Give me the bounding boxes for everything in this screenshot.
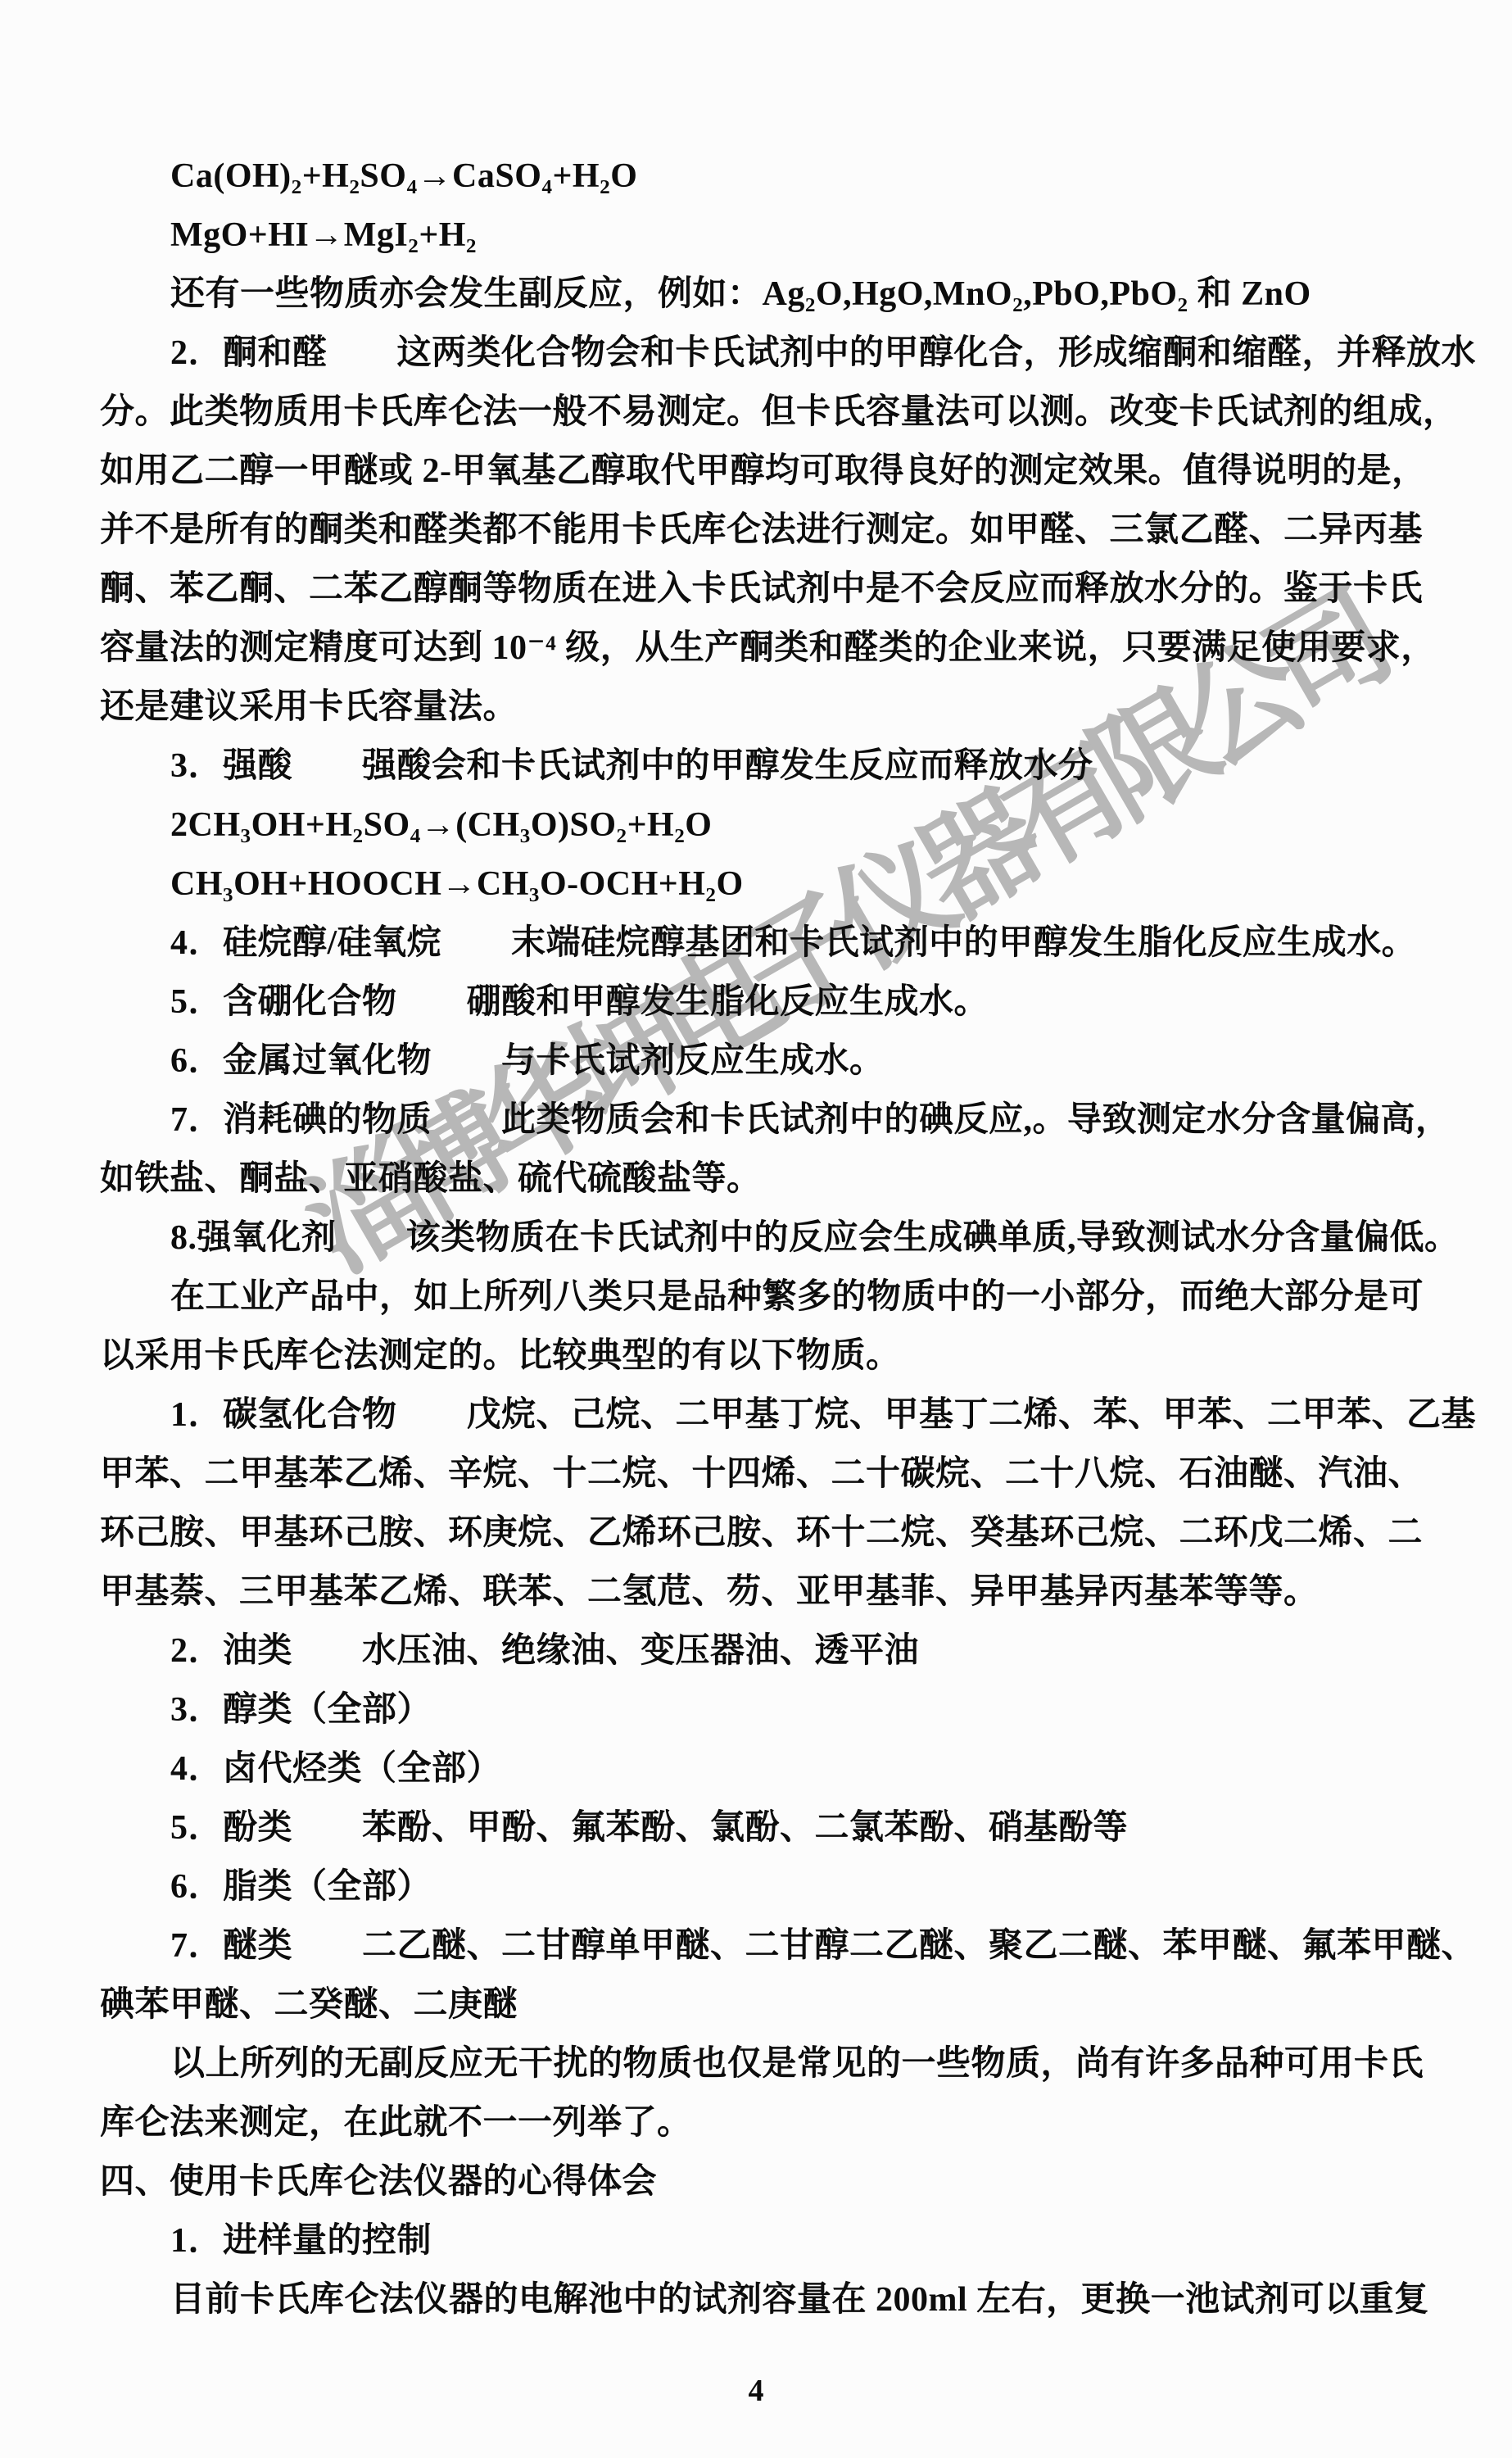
text-line: 甲基萘、三甲基苯乙烯、联苯、二氢苊、芴、亚甲基菲、异甲基异丙基苯等等。 (100, 1562, 1417, 1621)
list-item-line: 4．硅烷醇/硅氧烷 末端硅烷醇基团和卡氏试剂中的甲醇发生脂化反应生成水。 (100, 914, 1417, 973)
text-line: 分。此类物质用卡氏库仑法一般不易测定。但卡氏容量法可以测。改变卡氏试剂的组成， (100, 383, 1417, 442)
formula-line: CH₃OH+HOOCH→CH₃O-OCH+H₂O (100, 855, 1417, 914)
text-line: 如铁盐、酮盐、亚硝酸盐、硫代硫酸盐等。 (100, 1150, 1417, 1209)
text-line: 容量法的测定精度可达到 10⁻⁴ 级，从生产酮类和醛类的企业来说，只要满足使用要… (100, 619, 1417, 678)
text-line: 目前卡氏库仑法仪器的电解池中的试剂容量在 200ml 左右，更换一池试剂可以重复 (100, 2270, 1417, 2329)
text-line: 碘苯甲醚、二癸醚、二庚醚 (100, 1975, 1417, 2034)
list-item-line: 7．消耗碘的物质 此类物质会和卡氏试剂中的碘反应,。导致测定水分含量偏高， (100, 1091, 1417, 1150)
formula-line: 2CH₃OH+H₂SO₄→(CH₃O)SO₂+H₂O (100, 796, 1417, 855)
text-line: 如用乙二醇一甲醚或 2-甲氧基乙醇取代甲醇均可取得良好的测定效果。值得说明的是， (100, 442, 1417, 501)
list-item-line: 6．金属过氧化物 与卡氏试剂反应生成水。 (100, 1032, 1417, 1091)
text-line: 以上所列的无副反应无干扰的物质也仅是常见的一些物质，尚有许多品种可用卡氏 (100, 2034, 1417, 2093)
text-line: 甲苯、二甲基苯乙烯、辛烷、十二烷、十四烯、二十碳烷、二十八烷、石油醚、汽油、 (100, 1444, 1417, 1503)
list-item-line: 2．酮和醛 这两类化合物会和卡氏试剂中的甲醇化合，形成缩酮和缩醛，并释放水 (100, 324, 1417, 383)
list-item-line: 5．酚类 苯酚、甲酚、氟苯酚、氯酚、二氯苯酚、硝基酚等 (100, 1798, 1417, 1857)
section-heading: 四、使用卡氏库仑法仪器的心得体会 (100, 2152, 1417, 2211)
formula-line: MgO+HI→MgI₂+H₂ (100, 206, 1417, 265)
list-item-line: 6．脂类（全部） (100, 1857, 1417, 1916)
text-line: 还是建议采用卡氏容量法。 (100, 678, 1417, 737)
text-line: 环己胺、甲基环己胺、环庚烷、乙烯环己胺、环十二烷、癸基环己烷、二环戊二烯、二 (100, 1503, 1417, 1562)
list-item-line: 4．卤代烃类（全部） (100, 1739, 1417, 1798)
list-item-line: 3．醇类（全部） (100, 1680, 1417, 1739)
list-item-line: 7．醚类 二乙醚、二甘醇单甲醚、二甘醇二乙醚、聚乙二醚、苯甲醚、氟苯甲醚、 (100, 1916, 1417, 1975)
list-item-line: 8.强氧化剂 该类物质在卡氏试剂中的反应会生成碘单质,导致测试水分含量偏低。 (100, 1209, 1417, 1268)
text-line: 以采用卡氏库仑法测定的。比较典型的有以下物质。 (100, 1327, 1417, 1385)
text-line: 并不是所有的酮类和醛类都不能用卡氏库仑法进行测定。如甲醛、三氯乙醛、二异丙基 (100, 501, 1417, 560)
formula-line: Ca(OH)₂+H₂SO₄→CaSO₄+H₂O (100, 147, 1417, 206)
text-line: 酮、苯乙酮、二苯乙醇酮等物质在进入卡氏试剂中是不会反应而释放水分的。鉴于卡氏 (100, 560, 1417, 619)
text-line: 在工业产品中，如上所列八类只是品种繁多的物质中的一小部分，而绝大部分是可 (100, 1268, 1417, 1327)
document-text: Ca(OH)₂+H₂SO₄→CaSO₄+H₂O MgO+HI→MgI₂+H₂ 还… (100, 147, 1417, 2329)
document-page: 淄博华坤电子仪器有限公司 Ca(OH)₂+H₂SO₄→CaSO₄+H₂O MgO… (0, 0, 1512, 2458)
text-line: 库仑法来测定，在此就不一一列举了。 (100, 2093, 1417, 2152)
list-item-line: 1．碳氢化合物 戊烷、己烷、二甲基丁烷、甲基丁二烯、苯、甲苯、二甲苯、乙基 (100, 1385, 1417, 1444)
list-item-line: 1．进样量的控制 (100, 2211, 1417, 2270)
page-number: 4 (0, 2373, 1512, 2409)
list-item-line: 3．强酸 强酸会和卡氏试剂中的甲醇发生反应而释放水分 (100, 737, 1417, 796)
list-item-line: 5．含硼化合物 硼酸和甲醇发生脂化反应生成水。 (100, 973, 1417, 1032)
text-line: 还有一些物质亦会发生副反应，例如：Ag₂O,HgO,MnO₂,PbO,PbO₂ … (100, 265, 1417, 324)
list-item-line: 2．油类 水压油、绝缘油、变压器油、透平油 (100, 1621, 1417, 1680)
